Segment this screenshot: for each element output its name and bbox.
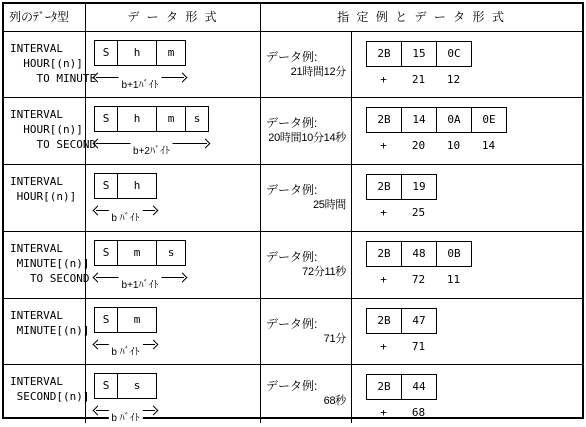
data-type-cell: INTERVAL SECOND[(n)]	[4, 365, 86, 423]
data-example-cell: データ例: 71分	[261, 299, 352, 364]
type-line: HOUR[(n)]	[10, 122, 85, 137]
data-type-cell: INTERVAL MINUTE[(n)] TO SECOND	[4, 232, 86, 298]
hex-value: 11	[436, 273, 471, 286]
hex-value: +	[366, 340, 401, 353]
data-type-cell: INTERVAL HOUR[(n)] TO MINUTE	[4, 32, 86, 97]
hex-value: 71	[401, 340, 436, 353]
data-type-cell: INTERVAL HOUR[(n)]	[4, 165, 86, 231]
byte-length-arrow: b ﾊﾞｲﾄ	[94, 339, 157, 357]
hex-byte-box: 0B	[436, 241, 472, 267]
hex-value: 12	[436, 73, 471, 86]
type-line: MINUTE[(n)]	[10, 256, 85, 271]
hex-value: 68	[401, 406, 436, 419]
example-caption: データ例:	[261, 250, 351, 265]
hex-value-row: +201014	[366, 139, 582, 152]
table-row: INTERVAL MINUTE[(n)] Sm b ﾊﾞｲﾄ データ例: 71分…	[4, 299, 582, 365]
header-column-data-type: 列のﾃﾞｰﾀ型	[4, 4, 86, 31]
hex-byte-box: 19	[401, 174, 437, 200]
hex-byte-boxes: 2B150C	[366, 41, 582, 67]
format-field-box: s	[156, 240, 186, 266]
header-data-format: デ ー タ 形 式	[86, 4, 261, 31]
example-value: 20時間10分14秒	[261, 131, 351, 146]
byte-length-arrow: b+1ﾊﾞｲﾄ	[94, 72, 186, 90]
type-line: MINUTE[(n)]	[10, 323, 85, 338]
format-field-boxes: Shm	[94, 40, 260, 66]
byte-length-arrow: b ﾊﾞｲﾄ	[94, 405, 157, 423]
example-caption: データ例:	[261, 50, 351, 65]
byte-length-arrow: b+2ﾊﾞｲﾄ	[94, 138, 209, 156]
example-caption: データ例:	[261, 379, 351, 394]
hex-value-row: +68	[366, 406, 582, 419]
byte-length-label: b ﾊﾞｲﾄ	[108, 343, 142, 358]
hex-value: +	[366, 73, 401, 86]
byte-length-label: b+1ﾊﾞｲﾄ	[119, 76, 162, 91]
hex-format-cell: 2B19 +25	[352, 165, 582, 231]
format-field-box: h	[117, 106, 157, 132]
format-field-boxes: Shms	[94, 106, 260, 132]
byte-length-label: b+2ﾊﾞｲﾄ	[130, 142, 173, 157]
format-field-box: S	[94, 106, 118, 132]
hex-byte-box: 48	[401, 241, 437, 267]
format-field-box: S	[94, 173, 118, 199]
format-field-box: S	[94, 373, 118, 399]
data-example-cell: データ例: 21時間12分	[261, 32, 352, 97]
hex-format-cell: 2B480B +7211	[352, 232, 582, 298]
format-field-boxes: Ss	[94, 373, 260, 399]
hex-format-cell: 2B44 +68	[352, 365, 582, 423]
data-format-cell: Sm b ﾊﾞｲﾄ	[86, 299, 261, 364]
hex-value: 25	[401, 206, 436, 219]
type-line: INTERVAL	[10, 41, 85, 56]
hex-byte-box: 14	[401, 107, 437, 133]
header-row: 列のﾃﾞｰﾀ型 デ ー タ 形 式 指 定 例 と デ ー タ 形 式	[4, 4, 582, 32]
example-value: 72分11秒	[261, 265, 351, 280]
hex-byte-boxes: 2B47	[366, 308, 582, 334]
example-value: 68秒	[261, 394, 351, 409]
hex-byte-box: 2B	[366, 374, 402, 400]
format-field-box: m	[156, 106, 186, 132]
arrow-right-head-icon	[149, 340, 159, 350]
data-type-cell: INTERVAL HOUR[(n)] TO SECOND	[4, 98, 86, 164]
table-row: INTERVAL SECOND[(n)] Ss b ﾊﾞｲﾄ データ例: 68秒…	[4, 365, 582, 423]
table-row: INTERVAL HOUR[(n)] TO MINUTE Shm b+1ﾊﾞｲﾄ…	[4, 32, 582, 98]
hex-byte-box: 2B	[366, 174, 402, 200]
example-value: 71分	[261, 332, 351, 347]
arrow-right-head-icon	[149, 406, 159, 416]
format-field-boxes: Sms	[94, 240, 260, 266]
hex-byte-box: 0C	[436, 41, 472, 67]
format-field-box: h	[117, 173, 157, 199]
data-format-cell: Sh b ﾊﾞｲﾄ	[86, 165, 261, 231]
hex-value-row: +7211	[366, 273, 582, 286]
hex-byte-boxes: 2B44	[366, 374, 582, 400]
hex-byte-box: 0A	[436, 107, 472, 133]
example-caption: データ例:	[261, 116, 351, 131]
example-value: 21時間12分	[261, 65, 351, 80]
type-line: INTERVAL	[10, 308, 85, 323]
byte-length-arrow: b ﾊﾞｲﾄ	[94, 205, 157, 223]
format-field-box: m	[117, 307, 157, 333]
data-format-cell: Shms b+2ﾊﾞｲﾄ	[86, 98, 261, 164]
data-format-cell: Sms b+1ﾊﾞｲﾄ	[86, 232, 261, 298]
format-field-box: S	[94, 307, 118, 333]
hex-value: 14	[471, 139, 506, 152]
hex-byte-boxes: 2B140A0E	[366, 107, 582, 133]
hex-value: 10	[436, 139, 471, 152]
format-field-box: s	[185, 106, 209, 132]
hex-byte-box: 44	[401, 374, 437, 400]
type-line: HOUR[(n)]	[10, 189, 85, 204]
hex-byte-boxes: 2B19	[366, 174, 582, 200]
format-field-boxes: Sh	[94, 173, 260, 199]
type-line: INTERVAL	[10, 107, 85, 122]
hex-value: +	[366, 406, 401, 419]
hex-byte-box: 47	[401, 308, 437, 334]
example-value: 25時間	[261, 198, 351, 213]
hex-format-cell: 2B150C +2112	[352, 32, 582, 97]
hex-byte-box: 15	[401, 41, 437, 67]
byte-length-label: b ﾊﾞｲﾄ	[108, 209, 142, 224]
type-line: TO SECOND	[10, 137, 85, 152]
arrow-right-head-icon	[178, 273, 188, 283]
byte-length-label: b ﾊﾞｲﾄ	[108, 409, 142, 424]
table-row: INTERVAL HOUR[(n)] Sh b ﾊﾞｲﾄ データ例: 25時間 …	[4, 165, 582, 232]
data-example-cell: データ例: 20時間10分14秒	[261, 98, 352, 164]
type-line: SECOND[(n)]	[10, 389, 85, 404]
hex-value-row: +2112	[366, 73, 582, 86]
data-format-cell: Shm b+1ﾊﾞｲﾄ	[86, 32, 261, 97]
data-example-cell: データ例: 68秒	[261, 365, 352, 423]
byte-length-arrow: b+1ﾊﾞｲﾄ	[94, 272, 186, 290]
format-field-boxes: Sm	[94, 307, 260, 333]
hex-value-row: +25	[366, 206, 582, 219]
data-format-cell: Ss b ﾊﾞｲﾄ	[86, 365, 261, 423]
hex-byte-box: 2B	[366, 241, 402, 267]
interval-data-type-table: 列のﾃﾞｰﾀ型 デ ー タ 形 式 指 定 例 と デ ー タ 形 式 INTE…	[2, 2, 584, 419]
hex-value: +	[366, 206, 401, 219]
hex-value-row: +71	[366, 340, 582, 353]
hex-byte-box: 0E	[471, 107, 507, 133]
arrow-right-head-icon	[201, 139, 211, 149]
format-field-box: S	[94, 240, 118, 266]
type-line: HOUR[(n)]	[10, 56, 85, 71]
type-line: TO MINUTE	[10, 71, 85, 86]
type-line: TO SECOND	[10, 271, 85, 286]
example-caption: データ例:	[261, 183, 351, 198]
hex-byte-boxes: 2B480B	[366, 241, 582, 267]
hex-value: 21	[401, 73, 436, 86]
arrow-right-head-icon	[178, 73, 188, 83]
example-caption: データ例:	[261, 317, 351, 332]
hex-byte-box: 2B	[366, 41, 402, 67]
hex-format-cell: 2B47 +71	[352, 299, 582, 364]
format-field-box: h	[117, 40, 157, 66]
header-example-and-format: 指 定 例 と デ ー タ 形 式	[261, 4, 582, 31]
hex-value: +	[366, 273, 401, 286]
table-row: INTERVAL HOUR[(n)] TO SECOND Shms b+2ﾊﾞｲ…	[4, 98, 582, 165]
hex-byte-box: 2B	[366, 107, 402, 133]
type-line: INTERVAL	[10, 174, 85, 189]
hex-value: 72	[401, 273, 436, 286]
byte-length-label: b+1ﾊﾞｲﾄ	[119, 276, 162, 291]
format-field-box: S	[94, 40, 118, 66]
hex-format-cell: 2B140A0E +201014	[352, 98, 582, 164]
data-example-cell: データ例: 25時間	[261, 165, 352, 231]
hex-value: +	[366, 139, 401, 152]
format-field-box: s	[117, 373, 157, 399]
format-field-box: m	[117, 240, 157, 266]
table-row: INTERVAL MINUTE[(n)] TO SECOND Sms b+1ﾊﾞ…	[4, 232, 582, 299]
type-line: INTERVAL	[10, 241, 85, 256]
format-field-box: m	[156, 40, 186, 66]
hex-value: 20	[401, 139, 436, 152]
data-type-cell: INTERVAL MINUTE[(n)]	[4, 299, 86, 364]
hex-byte-box: 2B	[366, 308, 402, 334]
arrow-right-head-icon	[149, 206, 159, 216]
type-line: INTERVAL	[10, 374, 85, 389]
data-example-cell: データ例: 72分11秒	[261, 232, 352, 298]
